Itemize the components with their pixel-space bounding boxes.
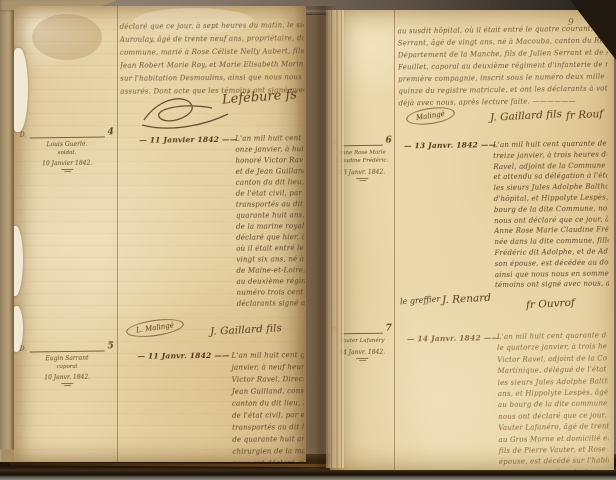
- deceased-name: Anne Rose Marie Claudine Frédéric.: [332, 149, 392, 166]
- signature-ouvrof: fr Ouvrof: [526, 297, 575, 312]
- margin-tick: [356, 178, 368, 181]
- act-entry-5: — 11 Janvr. 1842 —— L'an mil huit cent q…: [119, 349, 304, 462]
- act-number: 5: [107, 341, 113, 351]
- deceased-name: Vauter Lafanéry: [332, 337, 392, 346]
- act-heading-date: — 14 Janvr. 1842 ——: [407, 332, 499, 345]
- register-scan-photo: déclaré que ce jour, à sept heures du ma…: [0, 0, 616, 480]
- torn-edge-patch: [14, 48, 28, 132]
- act-date: 14 Janvr. 1842.: [332, 349, 392, 357]
- act-heading-date: — 13 Janvr. 1842 ——: [404, 140, 496, 152]
- margin-tick: [356, 358, 368, 361]
- margin-letter: D.: [332, 139, 339, 146]
- margin-dash: [29, 344, 104, 352]
- paraph-flourish-signature: [136, 92, 232, 136]
- act-body-text: L'an mil huit cent quarante deux, le onz…: [119, 349, 304, 462]
- signature-rouf: fr Rouf: [566, 108, 604, 122]
- margin-dash: [29, 130, 104, 138]
- signature-greffier-label: le greffier: [400, 295, 441, 307]
- deceased-name: Eugin Sarrant: [20, 354, 114, 363]
- margin-note-entry-4: D.4 Louis Guerlé. soldat. 10 Janvier 184…: [20, 127, 115, 172]
- margin-tick: [61, 169, 73, 172]
- act-entry-6: — 13 Janvr. 1842 —— L'an mil huit cent q…: [397, 139, 609, 293]
- right-page: 9 au susdit hôpital, où il était entré l…: [330, 10, 614, 470]
- right-continuation-text: au susdit hôpital, où il était entré le …: [397, 23, 608, 110]
- signature-gaillard: J. Gaillard fils: [210, 322, 282, 338]
- act-number: 4: [107, 127, 113, 137]
- deceased-descriptor: caporal: [20, 363, 114, 370]
- act-body-text: L'an mil huit cent quarante deux, letrei…: [397, 139, 609, 293]
- act-date: 10 Janvr. 1842.: [20, 373, 114, 381]
- margin-note-entry-7: D.7 Vauter Lafanéry 14 Janvr. 1842.: [332, 324, 393, 362]
- margin-tick: [61, 383, 73, 386]
- act-heading-date: — 11 Janvier 1842 ——: [139, 134, 237, 146]
- act-date: 10 Janvier 1842.: [20, 159, 114, 167]
- paper-stain: [32, 14, 102, 60]
- act-date: 13 Janvr. 1842.: [332, 169, 392, 177]
- margin-letter: D.: [20, 346, 27, 353]
- margin-note-entry-6: D.6 Anne Rose Marie Claudine Frédéric. 1…: [332, 136, 393, 182]
- torn-edge-patch: [14, 226, 23, 296]
- margin-dash: [341, 139, 382, 147]
- signature-renard: J. Renard: [442, 292, 492, 307]
- act-entry-7: — 14 Janvr. 1842 —— L'an mil huit cent q…: [397, 330, 609, 470]
- margin-letter: D.: [332, 327, 339, 334]
- act-heading-date: — 11 Janvr. 1842 ——: [137, 350, 229, 363]
- left-page-margin-rule: [117, 6, 118, 462]
- act-number: 6: [385, 136, 391, 146]
- book-cover-left-edge: [0, 10, 14, 462]
- deceased-descriptor: soldat.: [20, 149, 114, 156]
- margin-letter: D.: [20, 132, 27, 139]
- right-page-margin-rule: [394, 10, 395, 470]
- left-page: déclaré que ce jour, à sept heures du ma…: [14, 6, 306, 462]
- margin-note-entry-5: D.5 Eugin Sarrant caporal 10 Janvr. 1842…: [20, 341, 115, 386]
- margin-dash: [341, 327, 382, 335]
- act-body-text: L'an mil huit cent quarante deux,le quat…: [397, 330, 609, 470]
- signature-oval-stamp: L. Malingé: [125, 316, 185, 340]
- deceased-name: Louis Guerlé.: [20, 140, 114, 149]
- signature-gaillard: J. Gaillard fils: [490, 108, 562, 124]
- act-number: 7: [385, 324, 391, 334]
- act-entry-4: — 11 Janvier 1842 —— L'an mil huit cent …: [119, 133, 305, 311]
- left-continuation-text: déclaré que ce jour, à sept heures du ma…: [120, 19, 305, 99]
- act-body-text: L'an mil huit cent quarante deux, leonze…: [119, 133, 305, 311]
